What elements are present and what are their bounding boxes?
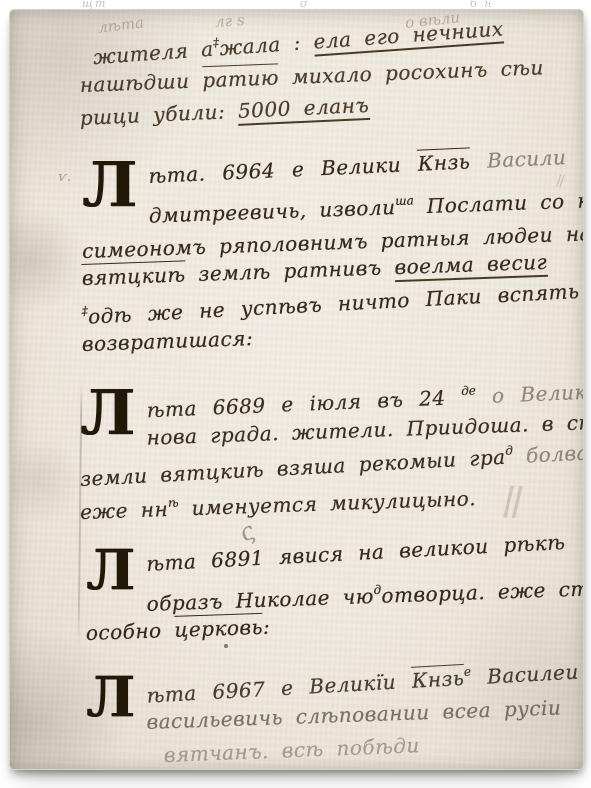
entry-lines: ѣта 6891 явися на великои рѣкѣобразъ Ник… bbox=[86, 538, 584, 650]
text-segment: нашѣдши bbox=[79, 68, 202, 97]
text-segment: жала : bbox=[219, 30, 315, 61]
text-segment: Кнзь bbox=[411, 664, 465, 693]
text-segment: Васили bbox=[470, 145, 567, 173]
underlined-phrase: ела его нечниих bbox=[313, 16, 505, 56]
text-segment: возвратишася: bbox=[81, 326, 253, 356]
superscript-letter: ша bbox=[395, 193, 414, 208]
ink-dot bbox=[224, 644, 228, 648]
manuscript-scan: щт д б н лѣта лг ѕ о вѣли жителя а‡жала … bbox=[0, 0, 591, 788]
text-segment: еже нн bbox=[80, 497, 169, 524]
text-segment: вятцкиѣ bbox=[81, 260, 186, 290]
manuscript-page: лѣта лг ѕ о вѣли жителя а‡жала : ела его… bbox=[9, 9, 584, 770]
superscript-letter: де bbox=[461, 383, 476, 398]
margin-mark: ѵ. bbox=[58, 170, 71, 185]
superscript-letter: ѣ bbox=[168, 496, 179, 510]
text-segment: Василеи bbox=[471, 659, 580, 689]
chronicle-fragment-top: жителя а‡жала : ела его нечниихнашѣдши р… bbox=[80, 36, 584, 135]
text-segment: Кнзь bbox=[417, 147, 471, 175]
chronicle-entry-6964: Л ѣта. 6964 е Велики Кнзь Василидмитреев… bbox=[82, 150, 584, 361]
text-segment: особно bbox=[85, 618, 174, 645]
underlined-phrase: 5000 еланъ bbox=[237, 93, 369, 126]
entry-lines: ѣта 6967 е Великїи Кнзье Василеивасильев… bbox=[86, 665, 584, 770]
text-segment: ршци убили: bbox=[79, 99, 238, 130]
chronicle-entry-6967: Л ѣта 6967 е Великїи Кнзье Василеивасиль… bbox=[86, 665, 584, 770]
text-segment: о Великого bbox=[476, 378, 584, 408]
text-segment: вятчанъ. всѣ побѣди bbox=[163, 733, 420, 767]
text-segment: ѣта. 6964 е Велики bbox=[148, 152, 418, 188]
chronicle-entry-6891: Л ѣта 6891 явися на великои рѣкѣобразъ Н… bbox=[86, 538, 584, 650]
text-segment: именуется микулицыно. bbox=[178, 486, 476, 520]
text-segment: ратию bbox=[202, 63, 280, 92]
text-segment: церковь bbox=[174, 613, 263, 642]
bleed-through-mark: ǁ bbox=[501, 478, 529, 530]
text-segment: болванъ bbox=[513, 439, 584, 468]
entry-lines: ѣта. 6964 е Велики Кнзь Василидмитреевич… bbox=[82, 150, 584, 361]
superscript-letter: д bbox=[505, 443, 513, 457]
text-segment: : bbox=[263, 615, 271, 639]
